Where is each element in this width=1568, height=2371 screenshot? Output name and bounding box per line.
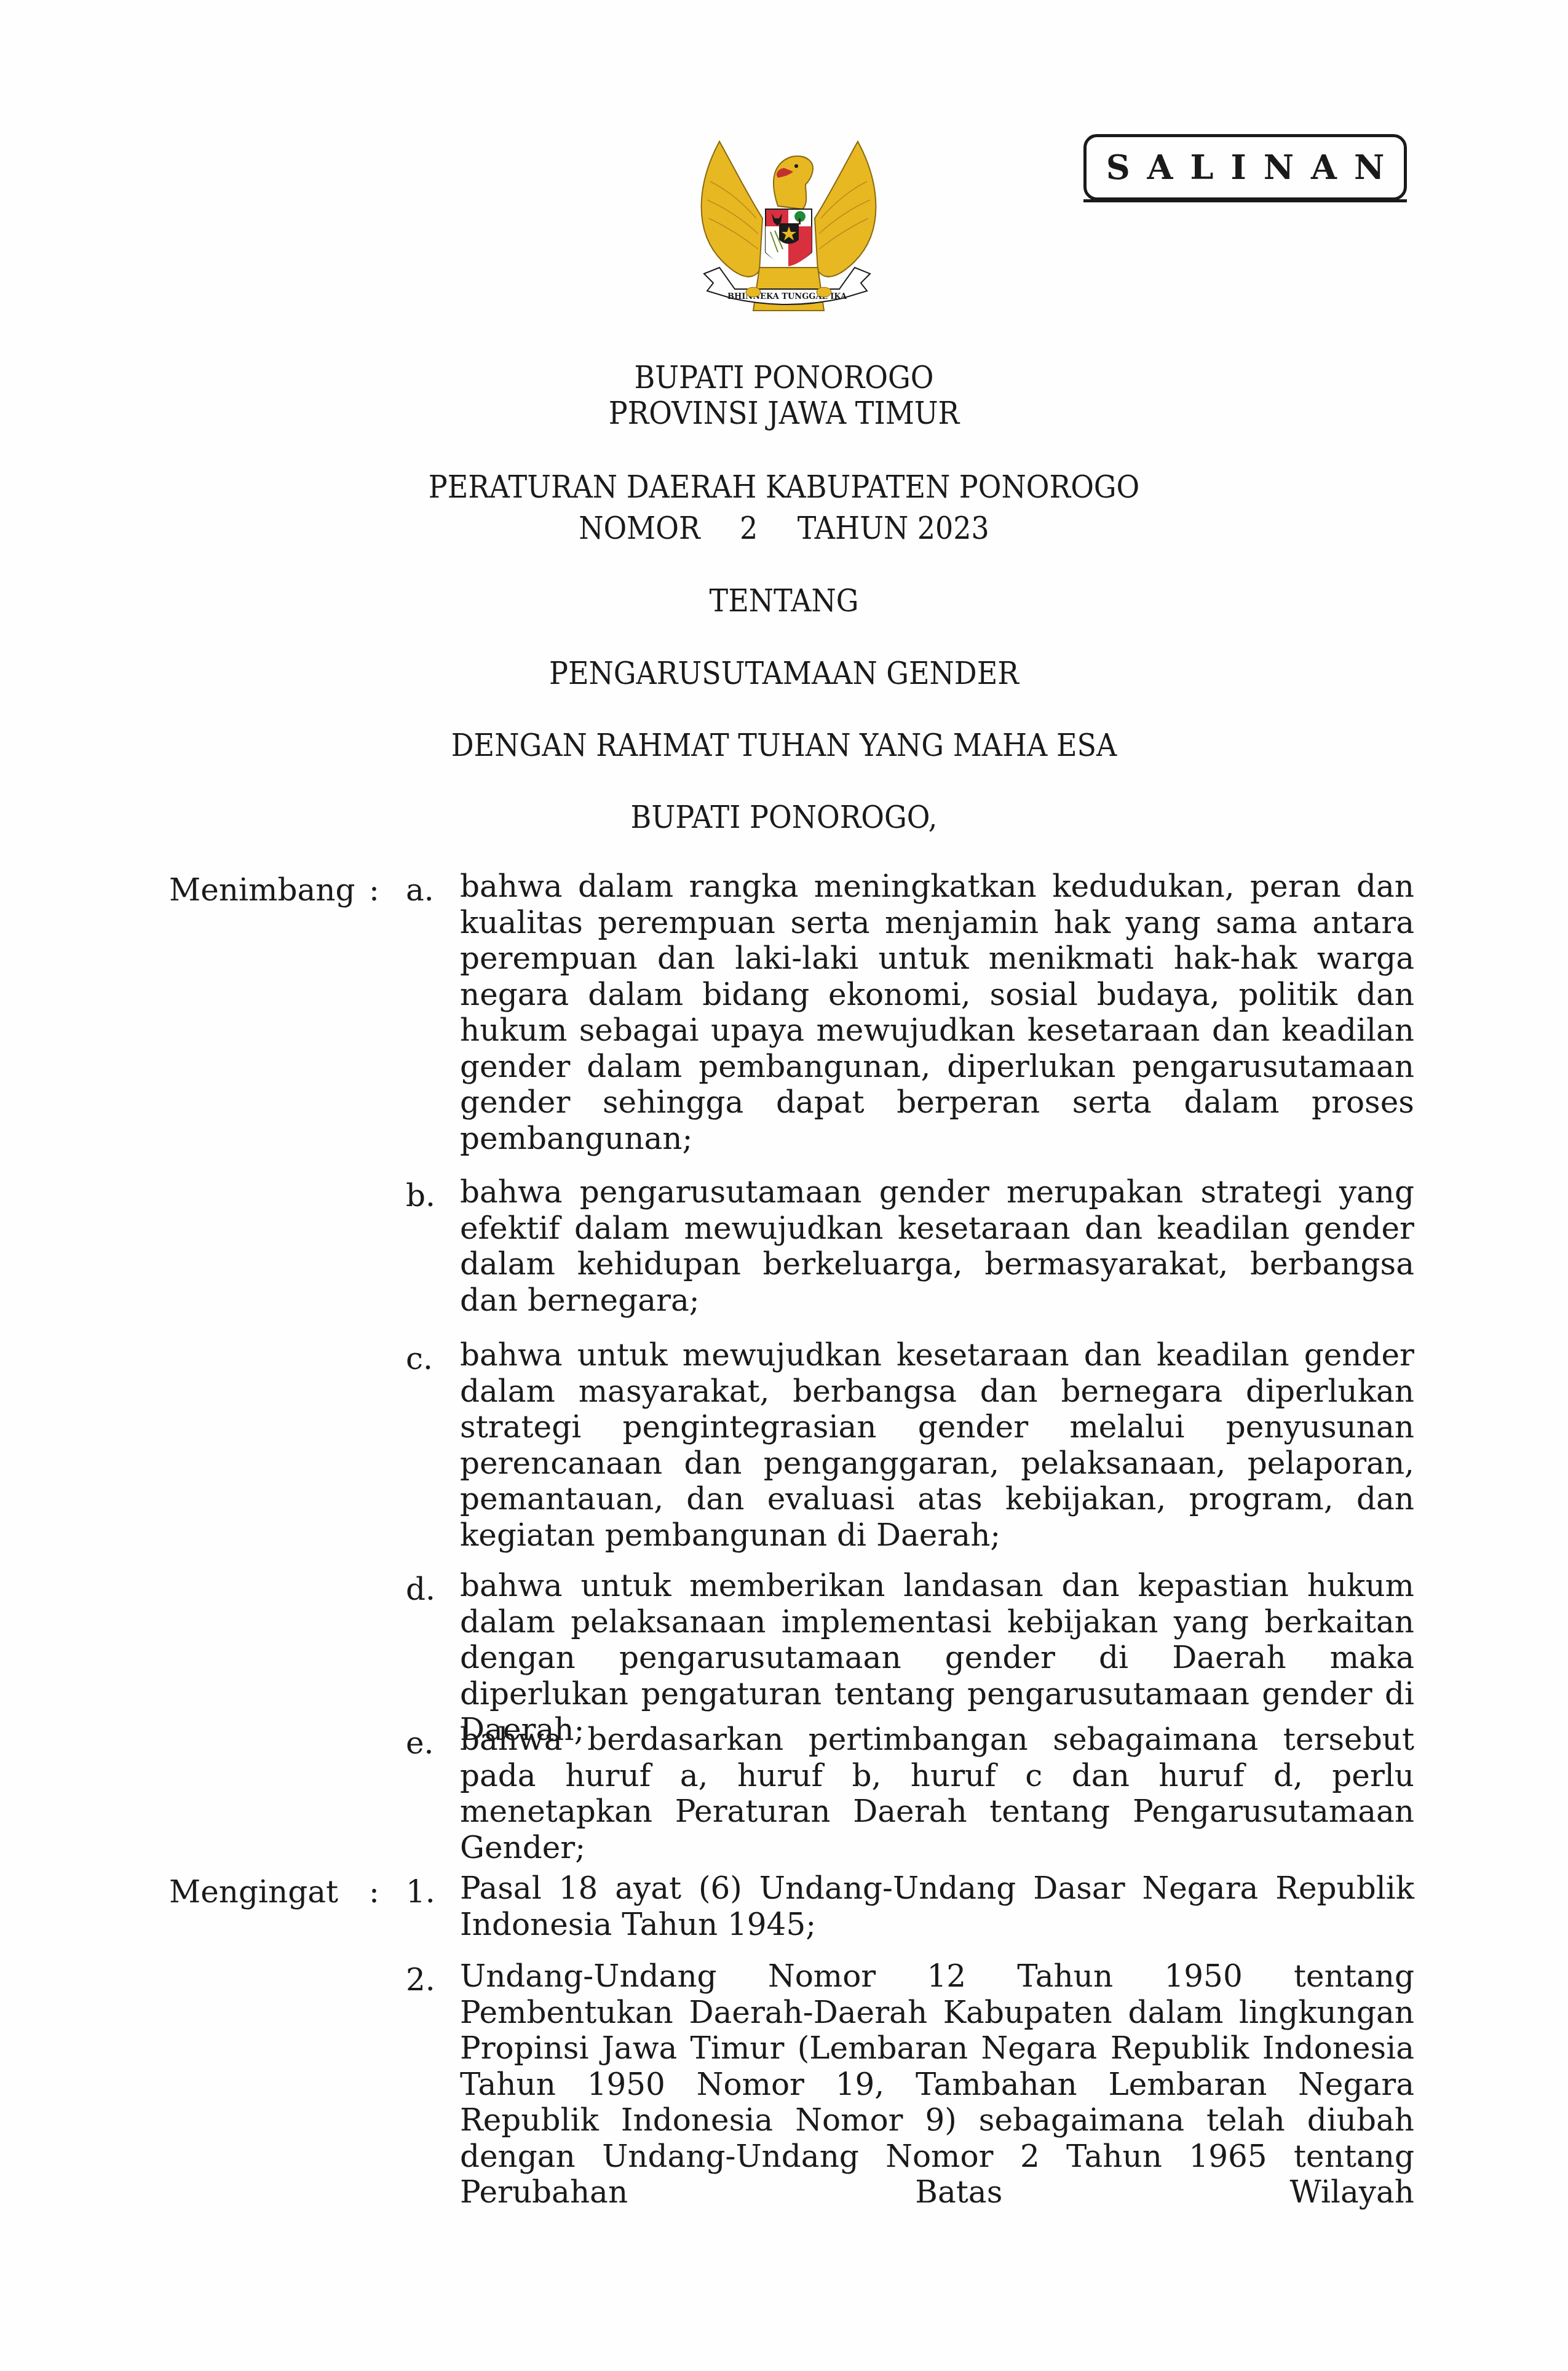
salinan-stamp: SALINAN: [1083, 134, 1407, 201]
regulation-number: NOMOR2TAHUN 2023: [63, 510, 1505, 546]
mengingat-colon: :: [369, 1874, 379, 1910]
authority-title: BUPATI PONOROGO: [63, 360, 1505, 395]
menimbang-item-e-marker: e.: [406, 1725, 443, 1761]
mengingat-item-1-marker: 1.: [406, 1874, 443, 1910]
menimbang-item-a-marker: a.: [406, 872, 443, 908]
tentang-heading: TENTANG: [63, 583, 1505, 619]
menimbang-item-d-marker: d.: [406, 1571, 443, 1607]
regulation-title: PERATURAN DAERAH KABUPATEN PONOROGO: [63, 469, 1505, 505]
tahun-label: TAHUN 2023: [798, 510, 989, 546]
enactor: BUPATI PONOROGO,: [63, 800, 1505, 835]
mengingat-item-2-marker: 2.: [406, 1962, 443, 1998]
menimbang-item-a: bahwa dalam rangka meningkatkan keduduka…: [460, 868, 1414, 1156]
province-title: PROVINSI JAWA TIMUR: [63, 395, 1505, 431]
menimbang-item-b-marker: b.: [406, 1178, 443, 1213]
menimbang-item-d: bahwa untuk memberikan landasan dan kepa…: [460, 1568, 1414, 1748]
menimbang-item-c: bahwa untuk mewujudkan kesetaraan dan ke…: [460, 1337, 1414, 1553]
mengingat-item-2: Undang-Undang Nomor 12 Tahun 1950 tentan…: [460, 1958, 1414, 2210]
garuda-emblem-icon: BHINNEKA TUNGGAL IKA: [686, 126, 889, 329]
mengingat-label: Mengingat: [169, 1874, 366, 1910]
nomor-label: NOMOR: [579, 510, 700, 546]
document-page: BHINNEKA TUNGGAL IKA SALINAN BUPATI PONO…: [0, 0, 1568, 2371]
menimbang-item-b: bahwa pengarusutamaan gender merupakan s…: [460, 1174, 1414, 1318]
nomor-value: 2: [740, 510, 758, 546]
stamp-text: SALINAN: [1106, 148, 1402, 187]
menimbang-colon: :: [369, 872, 379, 908]
menimbang-label: Menimbang: [169, 872, 366, 908]
menimbang-item-c-marker: c.: [406, 1341, 443, 1376]
menimbang-item-e: bahwa berdasarkan pertimbangan sebagaima…: [460, 1722, 1414, 1865]
invocation: DENGAN RAHMAT TUHAN YANG MAHA ESA: [63, 728, 1505, 763]
mengingat-item-1: Pasal 18 ayat (6) Undang-Undang Dasar Ne…: [460, 1870, 1414, 1942]
subject-title: PENGARUSUTAMAAN GENDER: [63, 656, 1505, 691]
